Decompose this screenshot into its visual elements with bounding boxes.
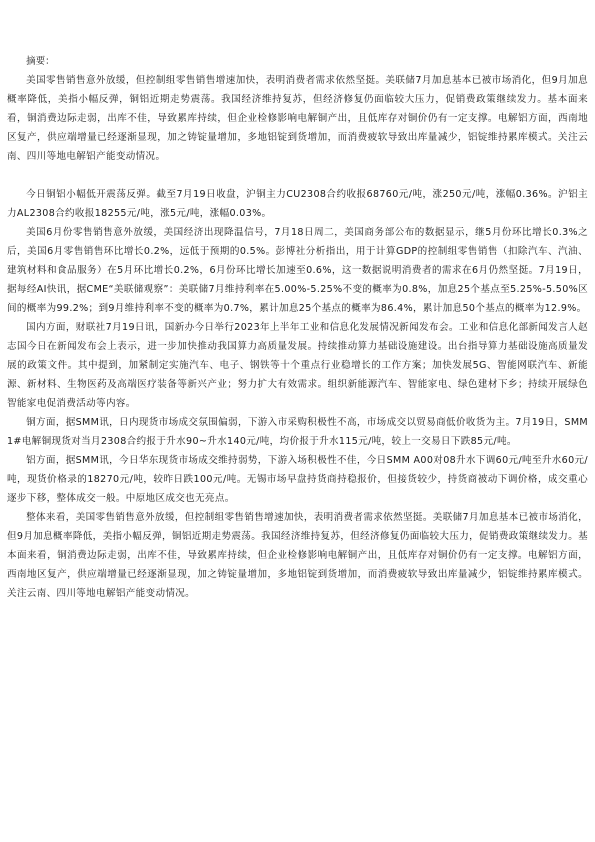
us-macro-paragraph: 美国6月份零售销售意外放缓，美国经济出现降温信号，7月18日周二，美国商务部公布… — [7, 223, 588, 318]
abstract-paragraph: 美国零售销售意外放缓，但控制组零售销售增速加快，表明消费者需求依然坚挺。美联储7… — [7, 71, 588, 166]
domestic-paragraph: 国内方面，财联社7月19日讯，国新办今日举行2023年上半年工业和信息化发展情况… — [7, 318, 588, 413]
abstract-label: 摘要： — [7, 52, 588, 71]
document-page: 摘要： 美国零售销售意外放缓，但控制组零售销售增速加快，表明消费者需求依然坚挺。… — [0, 0, 595, 842]
conclusion-paragraph: 整体来看，美国零售销售意外放缓，但控制组零售销售增速加快，表明消费者需求依然坚挺… — [7, 508, 588, 603]
document-body: 摘要： 美国零售销售意外放缓，但控制组零售销售增速加快，表明消费者需求依然坚挺。… — [7, 52, 588, 603]
copper-paragraph: 铜方面，据SMM讯，日内现货市场成交氛围偏弱，下游入市采购积极性不高，市场成交以… — [7, 413, 588, 451]
market-summary-paragraph: 今日铜铝小幅低开震荡反弹。截至7月19日收盘，沪铜主力CU2308合约收报687… — [7, 185, 588, 223]
section-spacer — [7, 166, 588, 185]
aluminum-paragraph: 铝方面，据SMM讯，今日华东现货市场成交维持弱势，下游入场积极性不佳，今日SMM… — [7, 451, 588, 508]
